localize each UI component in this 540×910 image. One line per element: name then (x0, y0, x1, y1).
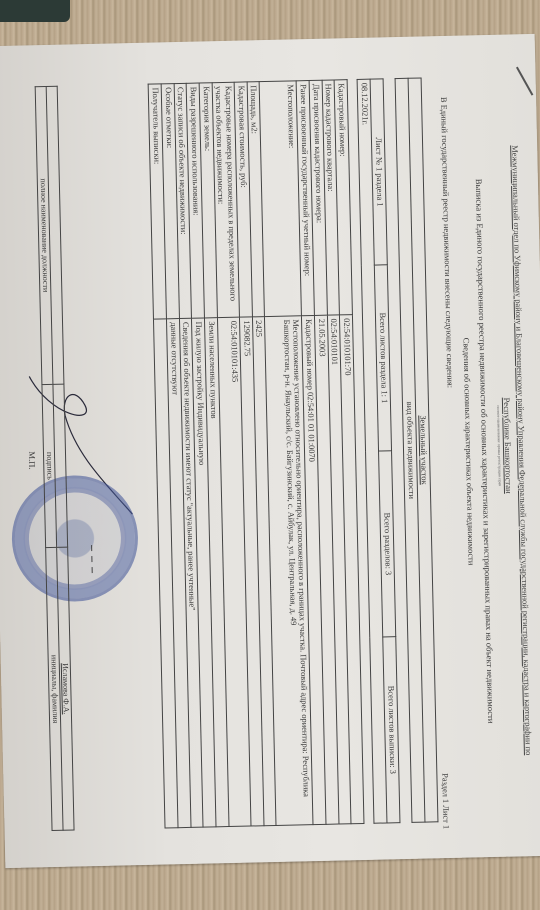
intro-text: В Единый государственный реестр недвижим… (438, 97, 454, 388)
cadastral-extract: Межмуниципальный отдел по Уфимскому райо… (0, 45, 540, 857)
row-label: Местоположение: (259, 81, 301, 317)
object-type-table: Земельный участок вид объекта недвижимос… (395, 77, 439, 822)
seal-label: М.П. (26, 451, 36, 469)
characteristics-table: Кадастровый номер:02:54:010101:70Номер к… (148, 79, 364, 828)
pen-mark (516, 67, 533, 96)
background-object (0, 0, 70, 22)
document-page: Межмуниципальный отдел по Уфимскому райо… (0, 34, 540, 868)
sheet-info-table: Лист № 1 раздела 1 Всего листов раздела … (357, 78, 401, 823)
section-label: Раздел 1 Лист 1 (440, 773, 451, 829)
blank-lines (86, 545, 100, 615)
